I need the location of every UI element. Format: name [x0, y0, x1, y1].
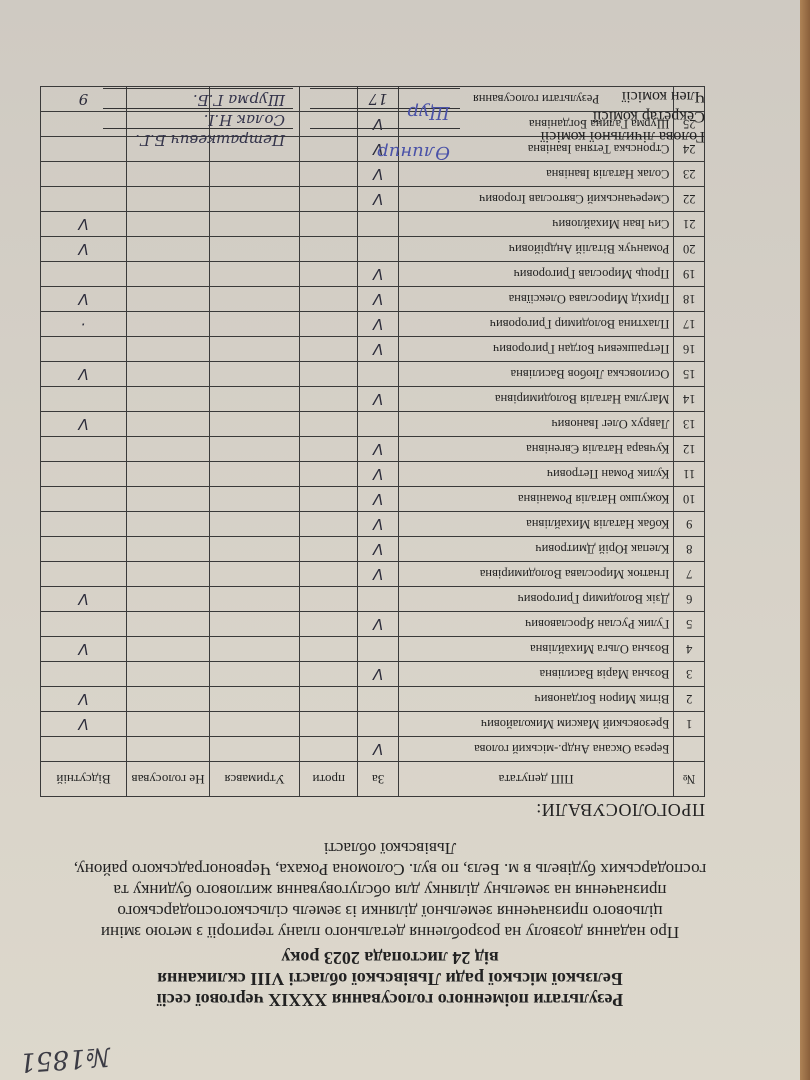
deputy-name: Возьна Ольга Михайлівна	[398, 637, 674, 662]
vote-for-cell	[358, 212, 398, 237]
vote-absent-cell	[41, 387, 127, 412]
vote-not-voted-cell	[126, 737, 209, 762]
vote-absent-cell: V	[41, 237, 127, 262]
vote-abstained-cell	[210, 412, 300, 437]
deputy-name: Возьна Марія Василівна	[398, 662, 674, 687]
table-row: 8Клепак Юрій ДмитровичV	[41, 537, 705, 562]
signature-role: Секретар комісії	[593, 107, 705, 125]
vote-not-voted-cell	[126, 537, 209, 562]
vote-against-cell	[300, 612, 358, 637]
vote-abstained-cell	[210, 662, 300, 687]
vote-against-cell	[300, 712, 358, 737]
vote-for-cell	[358, 687, 398, 712]
date-line: від 24 листопада 2023 року	[70, 947, 710, 968]
vote-not-voted-cell	[126, 512, 209, 537]
deputy-number: 21	[674, 212, 705, 237]
header-for: За	[358, 762, 398, 797]
table-row: 5Гулик Руслан ЯрославовичV	[41, 612, 705, 637]
vote-abstained-cell	[210, 187, 300, 212]
vote-against-cell	[300, 587, 358, 612]
table-row: 20Романчук Віталій АндрійовичV	[41, 237, 705, 262]
signature-role: Член комісії	[622, 87, 705, 105]
title-line-1: Результати поіменного голосування XXXIX …	[70, 989, 710, 1010]
vote-against-cell	[300, 512, 358, 537]
deputy-name: Береза Оксана Андр.-міський голова	[398, 737, 674, 762]
deputy-number: 22	[674, 187, 705, 212]
table-row: 21Сич Іван МихайловичV	[41, 212, 705, 237]
vote-abstained-cell	[210, 612, 300, 637]
vote-against-cell	[300, 162, 358, 187]
deputy-number: 11	[674, 462, 705, 487]
table-row: 16Петрашкевич Богдан ГригоровичV	[41, 337, 705, 362]
vote-not-voted-cell	[126, 687, 209, 712]
vote-for-cell	[358, 587, 398, 612]
document-header: Результати поіменного голосування XXXIX …	[70, 838, 710, 1010]
signature-row-member: Член комісії Щур Шурма Г.Б.	[25, 85, 705, 105]
vote-against-cell	[300, 387, 358, 412]
vote-absent-cell	[41, 162, 127, 187]
vote-absent-cell	[41, 187, 127, 212]
vote-not-voted-cell	[126, 712, 209, 737]
handwritten-signature: Ѳлинир	[377, 142, 450, 163]
deputy-name: Брезовський Максим Миколайович	[398, 712, 674, 737]
deputy-number	[674, 737, 705, 762]
deputy-name: Кучвара Наталія Євгенівна	[398, 437, 674, 462]
deputy-number: 4	[674, 637, 705, 662]
header-abstained: Утримався	[210, 762, 300, 797]
vote-abstained-cell	[210, 162, 300, 187]
vote-not-voted-cell	[126, 612, 209, 637]
deputy-number: 20	[674, 237, 705, 262]
vote-not-voted-cell	[126, 362, 209, 387]
vote-absent-cell	[41, 662, 127, 687]
vote-against-cell	[300, 312, 358, 337]
vote-for-cell: V	[358, 537, 398, 562]
deputy-name: Солак Наталія Іванівна	[398, 162, 674, 187]
vote-absent-cell	[41, 562, 127, 587]
vote-for-cell: V	[358, 737, 398, 762]
vote-abstained-cell	[210, 312, 300, 337]
vote-for-cell: V	[358, 262, 398, 287]
vote-absent-cell: V	[41, 412, 127, 437]
vote-not-voted-cell	[126, 437, 209, 462]
vote-abstained-cell	[210, 287, 300, 312]
signatory-name: Петрашкевич Б.Г.	[95, 131, 285, 149]
vote-absent-cell: V	[41, 712, 127, 737]
deputy-number: 2	[674, 687, 705, 712]
deputy-number: 5	[674, 612, 705, 637]
vote-for-cell: V	[358, 512, 398, 537]
header-absent: Відсутній	[41, 762, 127, 797]
deputy-number: 15	[674, 362, 705, 387]
deputy-number: 23	[674, 162, 705, 187]
header-against: проти	[300, 762, 358, 797]
document-page: №1851 Результати поіменного голосування …	[0, 0, 800, 1080]
table-row: 1Брезовський Максим МиколайовичV	[41, 712, 705, 737]
table-row: 15Осиловська Любов ВасилівнаV	[41, 362, 705, 387]
vote-for-cell: V	[358, 337, 398, 362]
table-row: 9Кобак Наталія МихайлівнаV	[41, 512, 705, 537]
vote-abstained-cell	[210, 562, 300, 587]
header-deputy-name: ПІП депутата	[398, 762, 674, 797]
vote-table-body: Береза Оксана Андр.-міський головаV1Брез…	[41, 112, 705, 762]
title-line-2: Белзької міської ради Львівської області…	[70, 968, 710, 989]
vote-absent-cell: ·	[41, 312, 127, 337]
vote-for-cell: V	[358, 462, 398, 487]
vote-abstained-cell	[210, 462, 300, 487]
vote-not-voted-cell	[126, 287, 209, 312]
vote-absent-cell	[41, 337, 127, 362]
vote-not-voted-cell	[126, 587, 209, 612]
vote-abstained-cell	[210, 587, 300, 612]
handwritten-registration-number: №1851	[18, 1041, 111, 1077]
deputy-number: 1	[674, 712, 705, 737]
header-number: №	[674, 762, 705, 797]
vote-absent-cell	[41, 737, 127, 762]
vote-absent-cell: V	[41, 287, 127, 312]
vote-against-cell	[300, 187, 358, 212]
vote-absent-cell	[41, 537, 127, 562]
deputy-number: 12	[674, 437, 705, 462]
vote-abstained-cell	[210, 687, 300, 712]
vote-against-cell	[300, 562, 358, 587]
table-row: 13Лаврух Олег ІвановичV	[41, 412, 705, 437]
deputy-name: Дзік Володимир Григорович	[398, 587, 674, 612]
table-row: 3Возьна Марія ВасилівнаV	[41, 662, 705, 687]
signature-block: Голова лічильної комісії Ѳлинир Петрашке…	[25, 85, 705, 145]
vote-against-cell	[300, 737, 358, 762]
name-line	[103, 88, 293, 89]
deputy-name: Кобак Наталія Михайлівна	[398, 512, 674, 537]
table-row: 22Смеречанський Святослав ІгоровичV	[41, 187, 705, 212]
vote-against-cell	[300, 337, 358, 362]
vote-for-cell	[358, 237, 398, 262]
deputy-number: 3	[674, 662, 705, 687]
vote-abstained-cell	[210, 537, 300, 562]
vote-not-voted-cell	[126, 312, 209, 337]
vote-abstained-cell	[210, 212, 300, 237]
deputy-name: Сич Іван Михайлович	[398, 212, 674, 237]
deputy-number: 9	[674, 512, 705, 537]
signature-line	[310, 128, 460, 129]
vote-against-cell	[300, 287, 358, 312]
deputy-name: Вітик Мирон Богданович	[398, 687, 674, 712]
deputy-name: Гулик Руслан Ярославович	[398, 612, 674, 637]
deputy-number: 8	[674, 537, 705, 562]
deputy-number: 19	[674, 262, 705, 287]
table-row: 19Проць Мирослав ГригоровичV	[41, 262, 705, 287]
vote-abstained-cell	[210, 712, 300, 737]
vote-absent-cell: V	[41, 687, 127, 712]
vote-for-cell	[358, 362, 398, 387]
deputy-name: Осиловська Любов Василівна	[398, 362, 674, 387]
vote-for-cell: V	[358, 287, 398, 312]
deputy-name: Смеречанський Святослав Ігорович	[398, 187, 674, 212]
vote-against-cell	[300, 212, 358, 237]
vote-against-cell	[300, 362, 358, 387]
vote-against-cell	[300, 462, 358, 487]
handwritten-signature: Щур	[407, 102, 450, 123]
table-row: 14Магулка Наталія ВолодимирівнаV	[41, 387, 705, 412]
vote-abstained-cell	[210, 387, 300, 412]
vote-abstained-cell	[210, 262, 300, 287]
vote-for-cell: V	[358, 312, 398, 337]
signatory-name: Шурма Г.Б.	[95, 91, 285, 109]
vote-for-cell: V	[358, 387, 398, 412]
vote-absent-cell: V	[41, 587, 127, 612]
table-header-row: № ПІП депутата За проти Утримався Не гол…	[41, 762, 705, 797]
vote-against-cell	[300, 237, 358, 262]
vote-abstained-cell	[210, 437, 300, 462]
vote-not-voted-cell	[126, 212, 209, 237]
table-row: 12Кучвара Наталія ЄвгенівнаV	[41, 437, 705, 462]
vote-absent-cell: V	[41, 362, 127, 387]
table-row: Береза Оксана Андр.-міський головаV	[41, 737, 705, 762]
vote-for-cell: V	[358, 487, 398, 512]
table-row: 7Ігнатюк Мирослава ВолодимирівнаV	[41, 562, 705, 587]
signature-role: Голова лічильної комісії	[540, 127, 705, 145]
vote-not-voted-cell	[126, 162, 209, 187]
vote-not-voted-cell	[126, 387, 209, 412]
vote-for-cell: V	[358, 162, 398, 187]
vote-not-voted-cell	[126, 637, 209, 662]
deputy-name: Ігнатюк Мирослава Володимирівна	[398, 562, 674, 587]
vote-not-voted-cell	[126, 562, 209, 587]
deputy-name: Магулка Наталія Володимирівна	[398, 387, 674, 412]
deputy-number: 10	[674, 487, 705, 512]
table-row: 4Возьна Ольга МихайлівнаV	[41, 637, 705, 662]
vote-abstained-cell	[210, 637, 300, 662]
vote-absent-cell	[41, 512, 127, 537]
vote-abstained-cell	[210, 512, 300, 537]
vote-against-cell	[300, 637, 358, 662]
vote-absent-cell	[41, 462, 127, 487]
vote-abstained-cell	[210, 362, 300, 387]
deputy-name: Петрашкевич Богдан Григорович	[398, 337, 674, 362]
deputy-name: Проць Мирослав Григорович	[398, 262, 674, 287]
vote-table: № ПІП депутата За проти Утримався Не гол…	[40, 86, 705, 797]
vote-for-cell: V	[358, 437, 398, 462]
deputy-name: Лаврух Олег Іванович	[398, 412, 674, 437]
table-row: 11Кулик Роман ПетровичV	[41, 462, 705, 487]
deputy-number: 13	[674, 412, 705, 437]
vote-for-cell	[358, 712, 398, 737]
header-not-voted: Не голосував	[126, 762, 209, 797]
vote-for-cell: V	[358, 612, 398, 637]
vote-for-cell: V	[358, 187, 398, 212]
vote-absent-cell	[41, 487, 127, 512]
deputy-name: Кулик Роман Петрович	[398, 462, 674, 487]
vote-for-cell: V	[358, 662, 398, 687]
vote-against-cell	[300, 487, 358, 512]
vote-not-voted-cell	[126, 412, 209, 437]
table-row: 23Солак Наталія ІванівнаV	[41, 162, 705, 187]
table-row: 10Кожушко Наталія РоманівнаV	[41, 487, 705, 512]
vote-for-cell: V	[358, 562, 398, 587]
vote-absent-cell: V	[41, 212, 127, 237]
vote-not-voted-cell	[126, 462, 209, 487]
signatory-name: Солак Н.І.	[95, 111, 285, 129]
deputy-name: Кожушко Наталія Романівна	[398, 487, 674, 512]
vote-for-cell	[358, 637, 398, 662]
vote-against-cell	[300, 537, 358, 562]
vote-not-voted-cell	[126, 237, 209, 262]
vote-not-voted-cell	[126, 262, 209, 287]
vote-against-cell	[300, 437, 358, 462]
deputy-number: 6	[674, 587, 705, 612]
deputy-name: Прихід Мирослава Олексіївна	[398, 287, 674, 312]
vote-not-voted-cell	[126, 337, 209, 362]
resolution-subject: Про надання дозволу на розроблення детал…	[70, 838, 710, 943]
vote-abstained-cell	[210, 237, 300, 262]
table-row: 18Прихід Мирослава ОлексіївнаVV	[41, 287, 705, 312]
vote-abstained-cell	[210, 337, 300, 362]
vote-not-voted-cell	[126, 662, 209, 687]
voted-label: ПРОГОЛОСУВАЛИ:	[536, 799, 705, 820]
table-row: 6Дзік Володимир ГригоровичV	[41, 587, 705, 612]
deputy-name: Плахтина Володимир Григорович	[398, 312, 674, 337]
deputy-number: 16	[674, 337, 705, 362]
vote-absent-cell	[41, 437, 127, 462]
vote-against-cell	[300, 412, 358, 437]
deputy-number: 14	[674, 387, 705, 412]
vote-not-voted-cell	[126, 187, 209, 212]
vote-abstained-cell	[210, 487, 300, 512]
vote-against-cell	[300, 662, 358, 687]
vote-abstained-cell	[210, 737, 300, 762]
vote-absent-cell	[41, 612, 127, 637]
vote-not-voted-cell	[126, 487, 209, 512]
vote-against-cell	[300, 262, 358, 287]
deputy-name: Романчук Віталій Андрійович	[398, 237, 674, 262]
table-row: 17Плахтина Володимир ГригоровичV·	[41, 312, 705, 337]
deputy-number: 18	[674, 287, 705, 312]
vote-for-cell	[358, 412, 398, 437]
signature-line	[310, 88, 460, 89]
vote-absent-cell: V	[41, 637, 127, 662]
deputy-name: Клепак Юрій Дмитрович	[398, 537, 674, 562]
vote-absent-cell	[41, 262, 127, 287]
deputy-number: 17	[674, 312, 705, 337]
table-row: 2Вітик Мирон БогдановичV	[41, 687, 705, 712]
vote-against-cell	[300, 687, 358, 712]
deputy-number: 7	[674, 562, 705, 587]
